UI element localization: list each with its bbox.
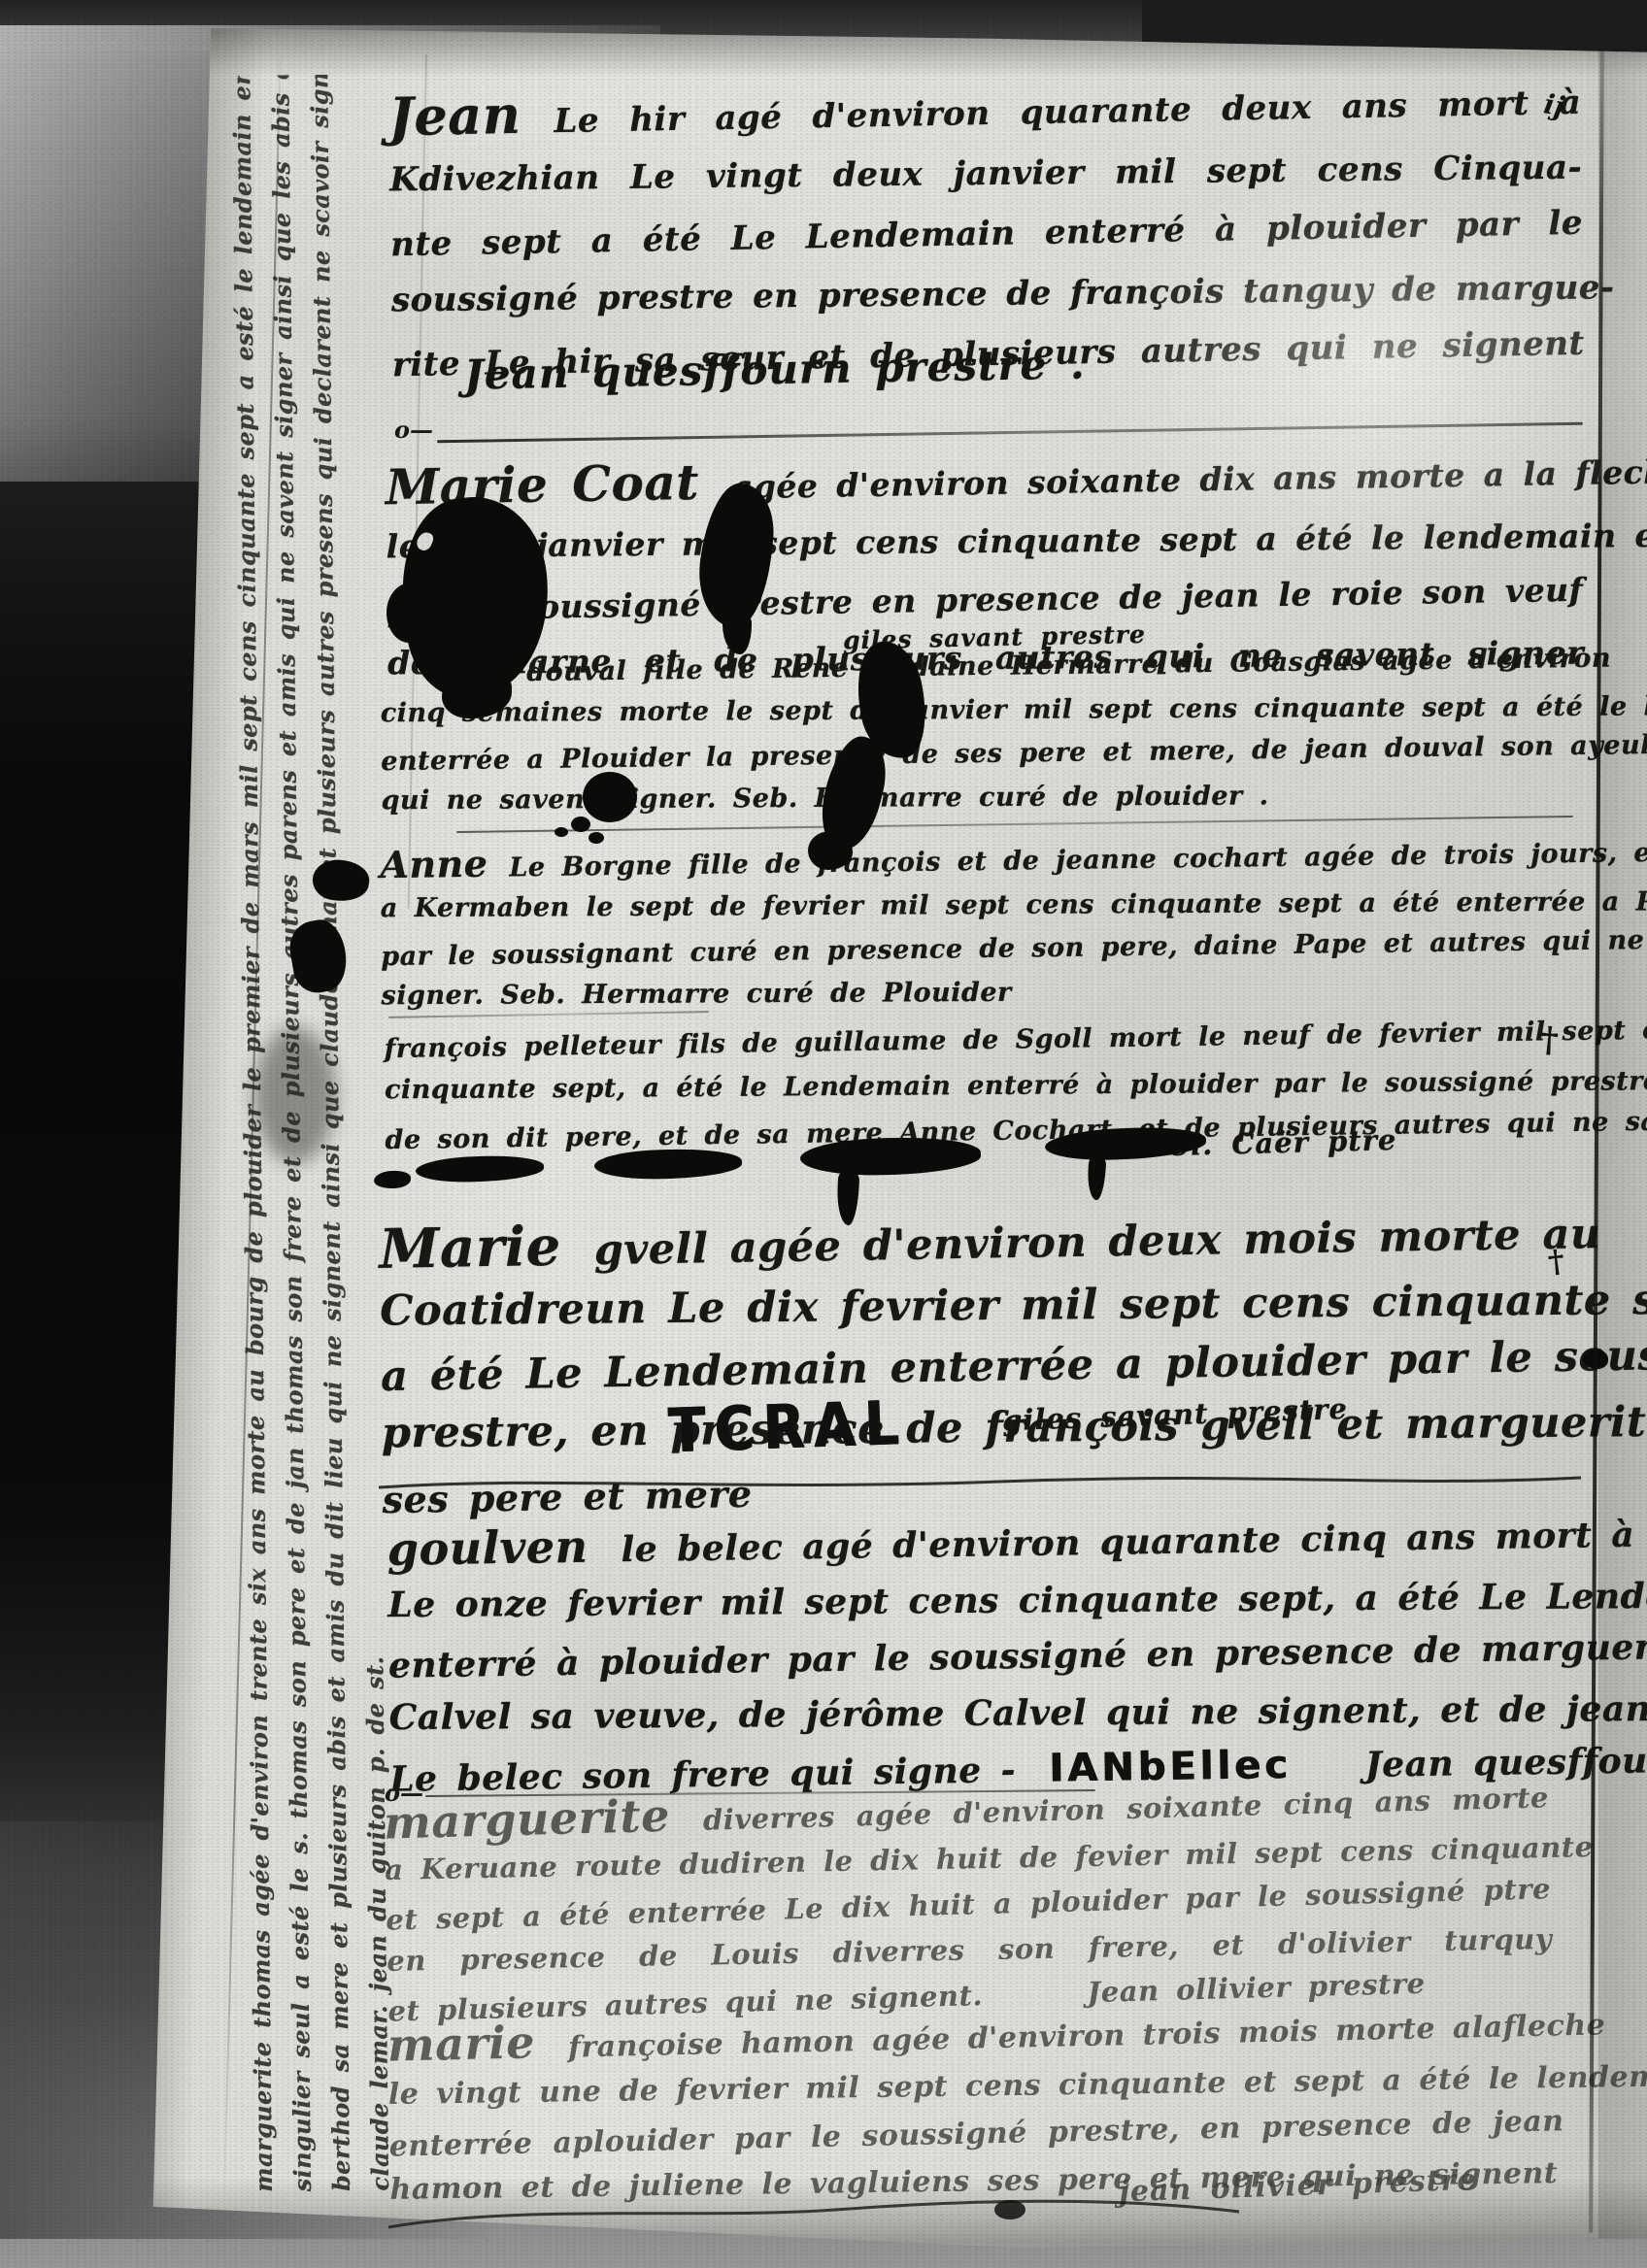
ink-blot-round bbox=[583, 772, 637, 822]
burial-entry-francois-pelleteur: françois pelleteur fils de guillaume de … bbox=[384, 1012, 1581, 1161]
burial-entry-goulven-le-belec: goulvenle belec agé d'environ quarante c… bbox=[387, 1507, 1535, 1805]
entry-lead-name: Marie Coat bbox=[385, 453, 699, 516]
entry-line: qui ne savent signer. Seb. Hermarre curé… bbox=[381, 773, 1581, 822]
entry-lead-name: marguerite bbox=[383, 1789, 670, 1850]
ink-blot bbox=[808, 831, 853, 870]
entry-line: signer. Seb. Hermarre curé de Plouider bbox=[382, 968, 1582, 1017]
entry-lead-name: Marie bbox=[379, 1215, 561, 1282]
entry-lead-name: Anne bbox=[380, 842, 488, 886]
entry-separator-wavy-line bbox=[379, 1474, 1583, 1497]
burial-entry-marguerite-diverres: margueritediverres agée d'environ soixan… bbox=[384, 1772, 1554, 2032]
entry-divider-mark: o— bbox=[394, 416, 433, 444]
page-fold-shading bbox=[1598, 49, 1647, 2239]
burial-entry-anne-le-borgne: AnneLe Borgne fille de françois et de je… bbox=[380, 830, 1582, 1020]
entry-lead-name: Jean bbox=[388, 83, 521, 148]
ink-blot bbox=[387, 583, 431, 643]
entry-lead-name: goulven bbox=[387, 1520, 588, 1576]
burial-entry-anne-douval: anne douval fille de Rene et daine Herma… bbox=[380, 640, 1582, 825]
register-page-photograph: marguerite thomas agée d'environ trente … bbox=[0, 0, 1647, 2268]
child-graffiti-tcral: TCRAL bbox=[667, 1388, 909, 1467]
closing-flourish-line bbox=[388, 2186, 1243, 2237]
ink-smudge bbox=[254, 1027, 336, 1163]
entry-lead-name: marie bbox=[387, 2016, 535, 2071]
right-margin-cross-mark: † bbox=[1539, 1018, 1561, 1060]
